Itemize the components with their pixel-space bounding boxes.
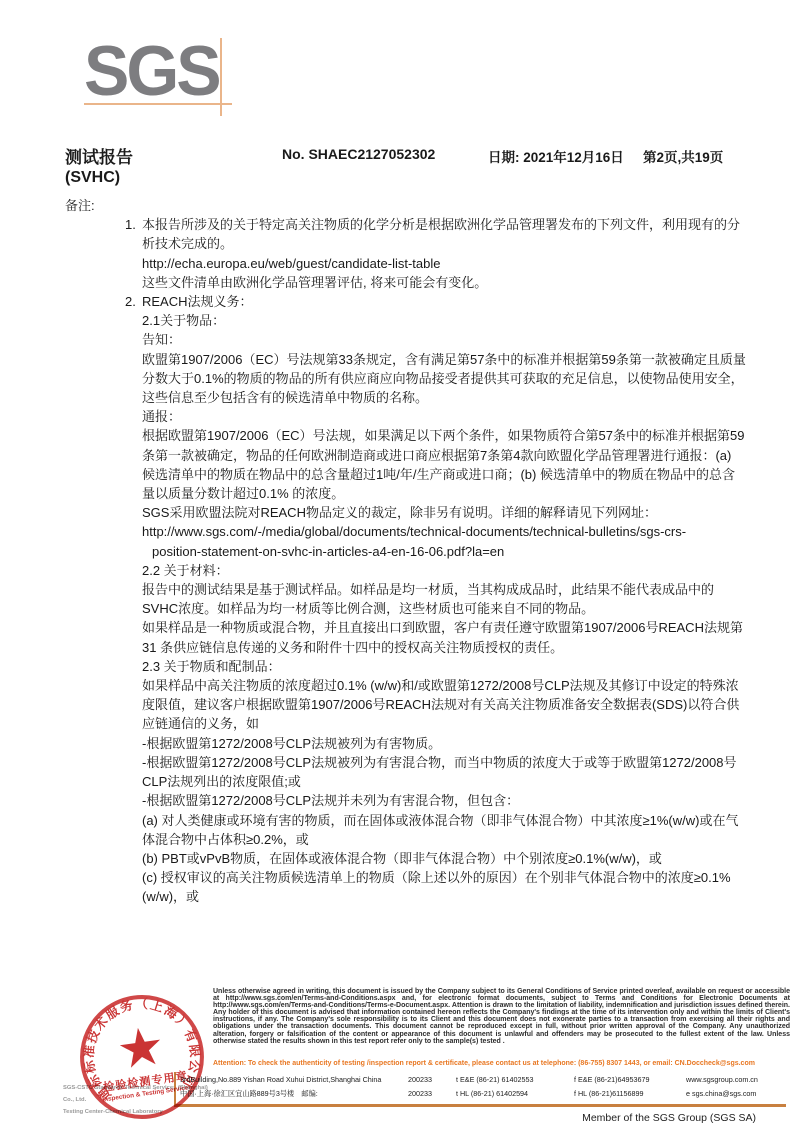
sgs-ruling-text: SGS采用欧盟法院对REACH物品定义的裁定，除非另有说明。详细的解释请见下列网…	[142, 503, 746, 522]
address-row-cn: 中国·上海·徐汇区宜山路889号3号楼 邮编: 200233 t HL (86-…	[180, 1087, 786, 1101]
postcode-cn: 200233	[408, 1087, 456, 1101]
crop-mark-vertical	[220, 38, 222, 116]
note-1-url: http://echa.europa.eu/web/guest/candidat…	[142, 254, 746, 273]
phone-cn: t HL (86-21) 61402594	[456, 1087, 574, 1101]
inspection-stamp: 通标标准技术服务（上海）有限公司 检验检测专用章 Inspection & Te…	[67, 982, 216, 1131]
address-en: 3rdBuilding,No.889 Yishan Road Xuhui Dis…	[180, 1073, 408, 1087]
page-indicator: 第2页,共19页	[643, 146, 723, 166]
terms-disclaimer: Unless otherwise agreed in writing, this…	[213, 988, 790, 1045]
note-item-2: 2. REACH法规义务： 2.1关于物品： 告知： 欧盟第1907/2006（…	[65, 292, 749, 907]
section-2-2-paragraph-2: 如果样品是一种物质或混合物，并且直接出口到欧盟，客户有责任遵守欧盟第1907/2…	[142, 618, 746, 656]
report-page: SGS 测试报告 (SVHC) No. SHAEC2127052302 日期: …	[0, 0, 800, 1131]
crop-mark-horizontal	[84, 103, 232, 105]
section-2-1-heading: 2.1关于物品：	[142, 311, 746, 330]
address-row-en: 3rdBuilding,No.889 Yishan Road Xuhui Dis…	[180, 1073, 786, 1087]
postcode-en: 200233	[408, 1073, 456, 1087]
inform-text: 欧盟第1907/2006（EC）号法规第33条规定，含有满足第57条中的标准并根…	[142, 350, 746, 408]
section-2-2-paragraph-1: 报告中的测试结果是基于测试样品。如样品是均一材质，当其构成成品时，此结果不能代表…	[142, 580, 746, 618]
report-number: No. SHAEC2127052302	[282, 146, 435, 162]
notify-text: 根据欧盟第1907/2006（EC）号法规，如果满足以下两个条件，如果物质符合第…	[142, 426, 746, 503]
section-2-3-heading: 2.3 关于物质和配制品：	[142, 657, 746, 676]
sgs-url-line2: position-statement-on-svhc-in-articles-a…	[142, 542, 746, 561]
phone-en: t E&E (86-21) 61402553	[456, 1073, 574, 1087]
note-1-marker: 1.	[125, 215, 142, 292]
note-1-remark: 这些文件清单由欧洲化学品管理署评估, 将来可能会有变化。	[142, 273, 746, 292]
report-date: 日期: 2021年12月16日	[488, 146, 624, 166]
fax-cn: f HL (86-21)61156899	[574, 1087, 686, 1101]
section-2-2-heading: 2.2 关于材料：	[142, 561, 746, 580]
report-footer: Unless otherwise agreed in writing, this…	[0, 983, 800, 1131]
section-2-3-bullet-3: -根据欧盟第1272/2008号CLP法规并未列为有害混合物，但包含：	[142, 791, 746, 810]
document-subtitle: (SVHC)	[65, 169, 120, 187]
stamp-star-icon	[118, 1025, 164, 1069]
section-2-3-item-b: (b) PBT或vPvB物质，在固体或液体混合物（即非气体混合物）中个别浓度≥0…	[142, 849, 746, 868]
section-2-3-item-c: (c) 授权审议的高关注物质候选清单上的物质（除上述以外的原因）在个别非气体混合…	[142, 868, 746, 906]
sgs-group-membership: Member of the SGS Group (SGS SA)	[582, 1112, 756, 1124]
website: www.sgsgroup.com.cn	[686, 1073, 786, 1087]
document-title: 测试报告	[65, 143, 133, 168]
section-2-3-item-a: (a) 对人类健康或环境有害的物质，而在固体或液体混合物（即非气体混合物）中其浓…	[142, 811, 746, 849]
fax-en: f E&E (86-21)64953679	[574, 1073, 686, 1087]
section-2-3-bullet-1: -根据欧盟第1272/2008号CLP法规被列为有害物质。	[142, 734, 746, 753]
footer-rule	[174, 1104, 786, 1107]
email: e sgs.china@sgs.com	[686, 1087, 786, 1101]
note-item-1: 1. 本报告所涉及的关于特定高关注物质的化学分析是根据欧洲化学品管理署发布的下列…	[65, 215, 749, 292]
note-2-marker: 2.	[125, 292, 142, 907]
notes-section: 备注: 1. 本报告所涉及的关于特定高关注物质的化学分析是根据欧洲化学品管理署发…	[65, 196, 749, 907]
inform-label: 告知：	[142, 330, 746, 349]
notify-label: 通报：	[142, 407, 746, 426]
sgs-logo: SGS	[84, 39, 219, 103]
notes-heading: 备注:	[65, 196, 749, 215]
address-block: 3rdBuilding,No.889 Yishan Road Xuhui Dis…	[180, 1073, 786, 1100]
sgs-url-line1: http://www.sgs.com/-/media/global/docume…	[142, 522, 746, 541]
note-2-title: REACH法规义务：	[142, 292, 746, 311]
note-1-text: 本报告所涉及的关于特定高关注物质的化学分析是根据欧洲化学品管理署发布的下列文件，…	[142, 215, 746, 253]
section-2-3-paragraph-1: 如果样品中高关注物质的浓度超过0.1% (w/w)和/或欧盟第1272/2008…	[142, 676, 746, 734]
authenticity-attention-note: Attention: To check the authenticity of …	[213, 1060, 790, 1068]
section-2-3-bullet-2: -根据欧盟第1272/2008号CLP法规被列为有害混合物，而当中物质的浓度大于…	[142, 753, 746, 791]
